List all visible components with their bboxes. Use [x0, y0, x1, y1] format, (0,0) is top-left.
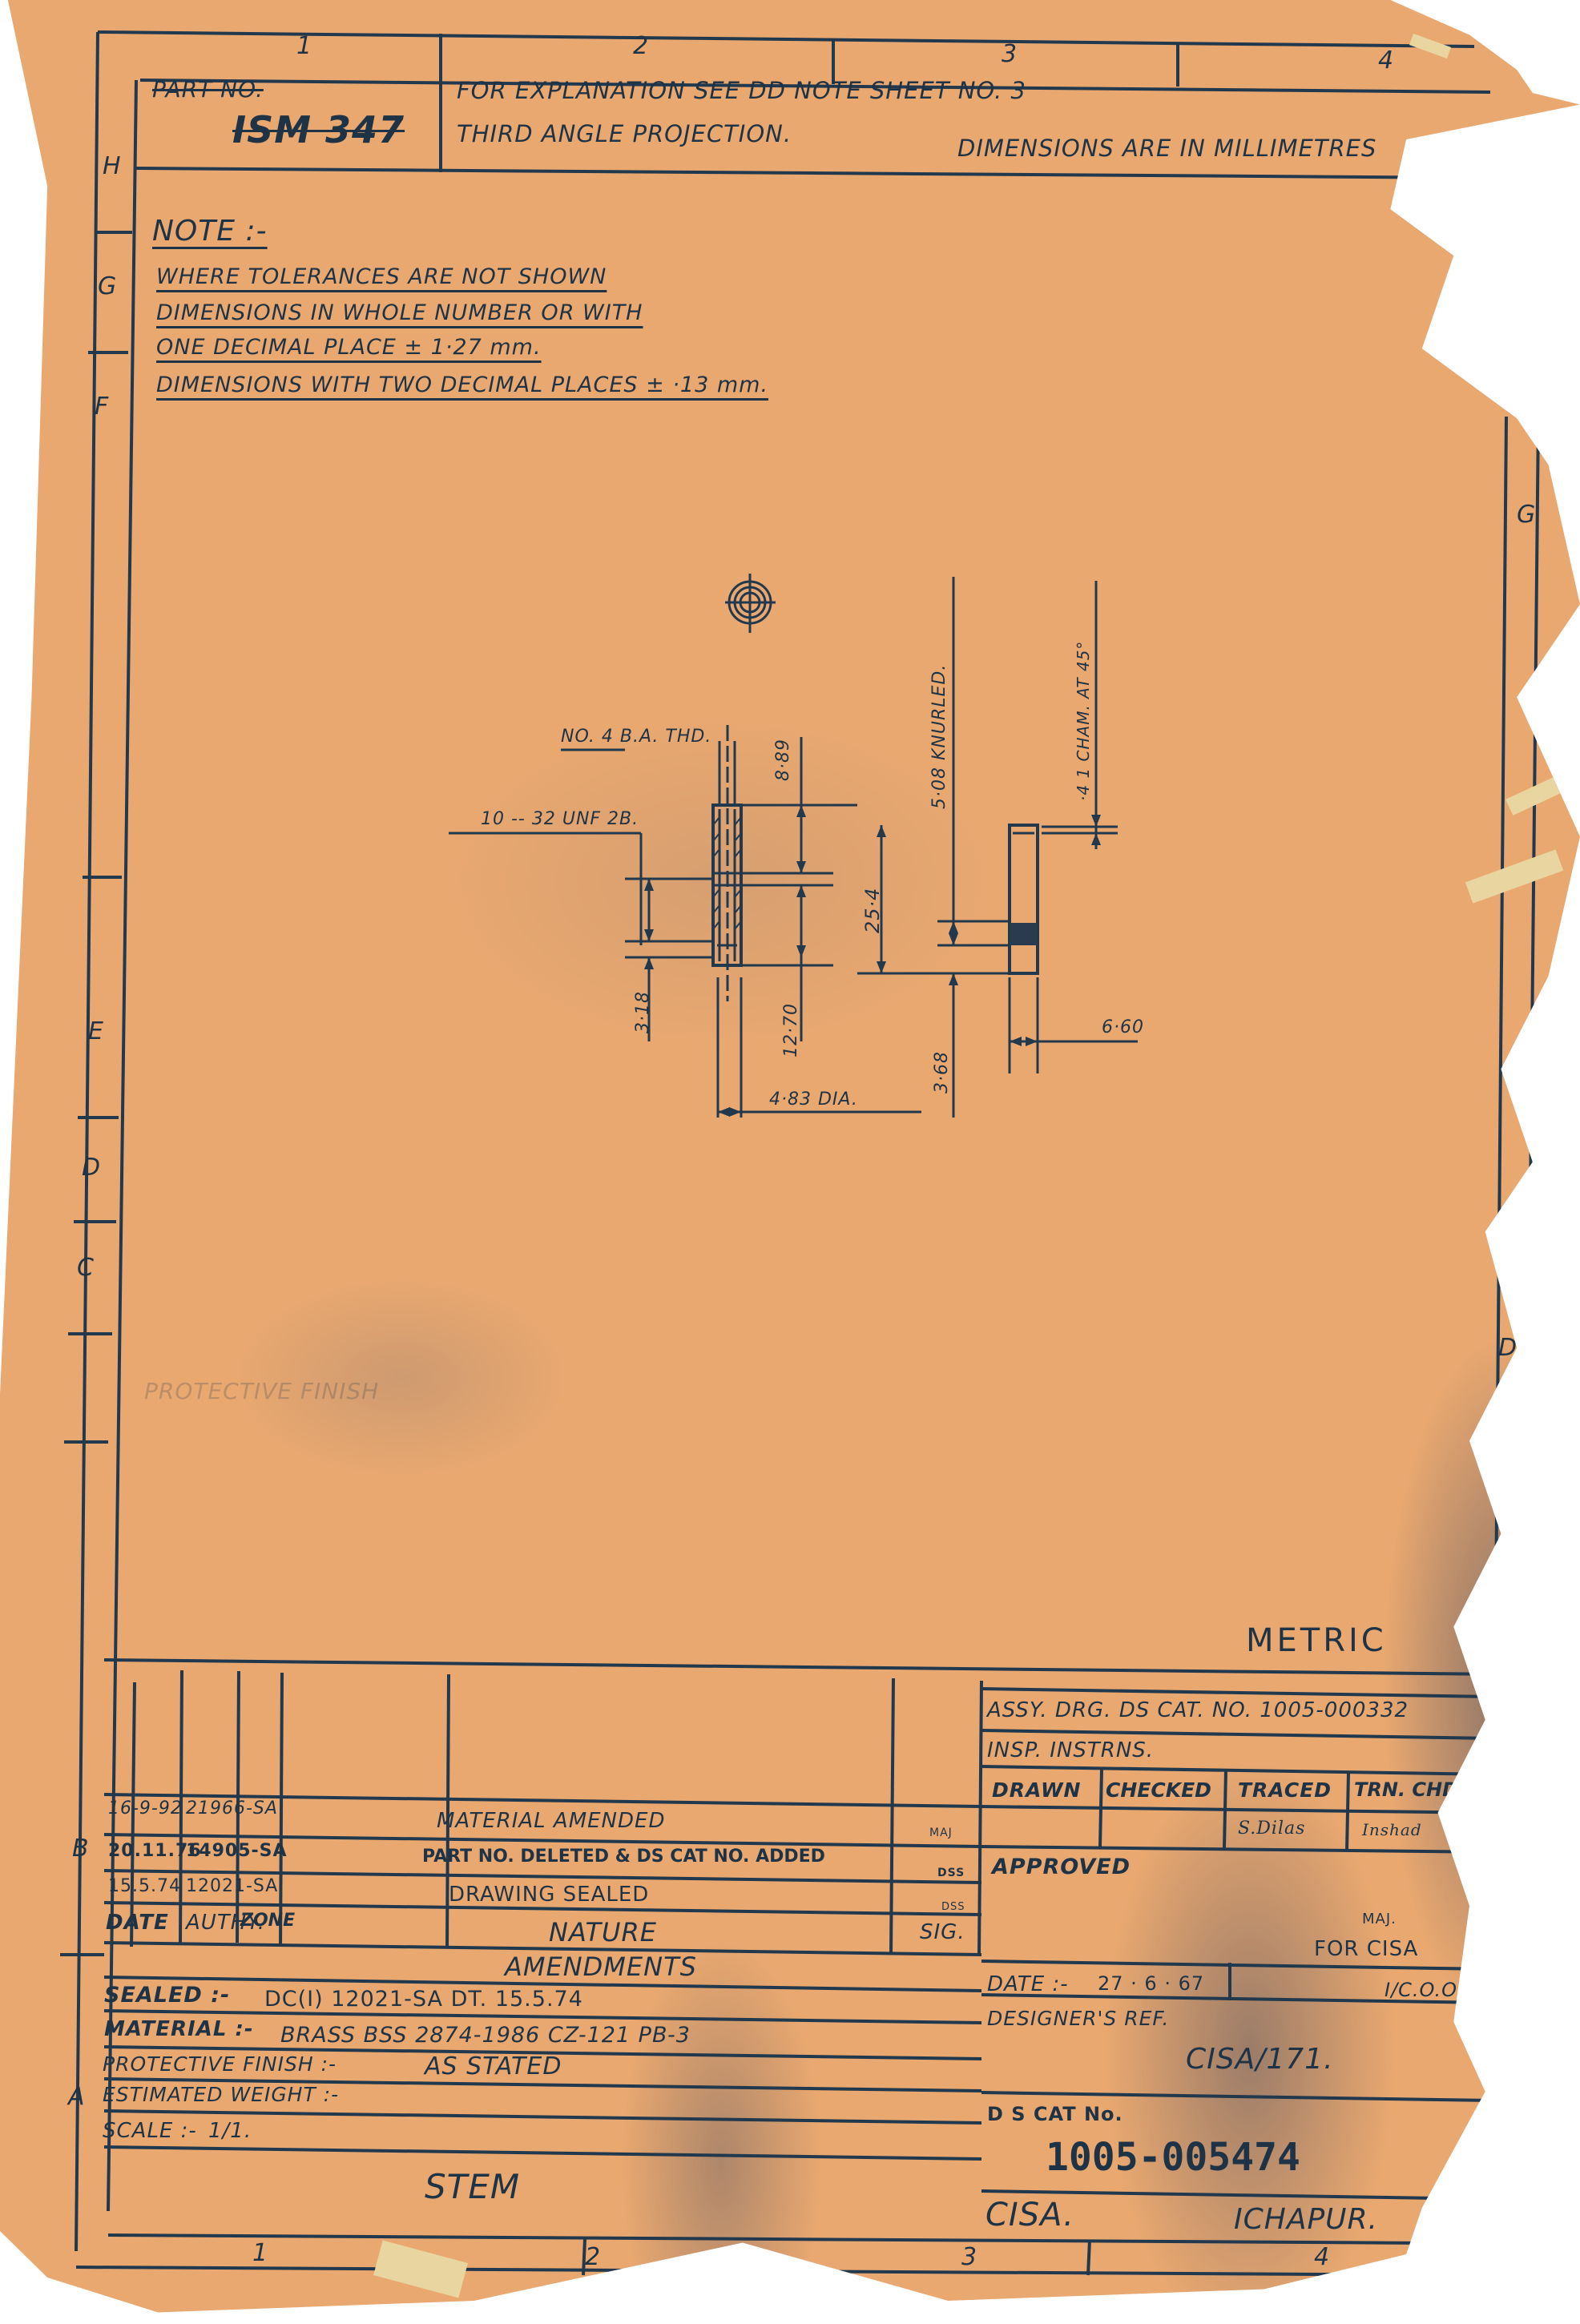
scale-value: 1/1. [208, 2119, 252, 2143]
ds-cat-label: D S CAT No. [987, 2103, 1123, 2125]
zone-row-a: A [68, 2083, 85, 2111]
dim-3-18: 3·18 [633, 991, 653, 1033]
amend-date-1: 16-9-92 [108, 1798, 183, 1819]
zone-row-g-right: G [1517, 501, 1535, 529]
amend-header-zone: ZONE [240, 1911, 295, 1931]
approved-for: FOR CISA [1314, 1937, 1418, 1961]
zone-row-g: G [98, 272, 116, 300]
assy-drg: ASSY. DRG. DS CAT. NO. 1005-000332 [987, 1698, 1409, 1722]
note-line-3: ONE DECIMAL PLACE ± 1·27 mm. [156, 335, 542, 360]
dim-5-08-knurled: 5·08 KNURLED. [929, 664, 949, 809]
amend-nature-3: DRAWING SEALED [449, 1883, 649, 1907]
finish-value: AS STATED [425, 2052, 562, 2080]
tape-repair [1534, 1698, 1555, 1794]
note-line-1: WHERE TOLERANCES ARE NOT SHOWN [156, 264, 607, 289]
trn-chd-signature: Inshad [1362, 1820, 1422, 1839]
zone-row-b-right: B [1489, 1871, 1505, 1899]
amend-nature-2: PART NO. DELETED & DS CAT NO. ADDED [422, 1847, 825, 1867]
zone-row-c: C [77, 1254, 94, 1282]
part-no-label: PART NO. [152, 76, 264, 103]
dim-4-83-dia: 4·83 DIA. [769, 1090, 858, 1110]
zone-row-h: H [103, 152, 121, 180]
ds-cat-value: 1005-005474 [1046, 2135, 1300, 2180]
checked-label: CHECKED [1106, 1778, 1211, 1802]
org-name: CISA. [985, 2197, 1074, 2233]
material-value: BRASS BSS 2874-1986 CZ-121 PB-3 [280, 2023, 691, 2048]
zone-col-3-bottom: 3 [961, 2243, 977, 2271]
date-value: 27 · 6 · 67 [1098, 1972, 1204, 1995]
dim-8-89: 8·89 [773, 739, 793, 781]
weight-label: ESTIMATED WEIGHT :- [103, 2083, 339, 2106]
zone-row-h-right: H [1514, 128, 1533, 156]
tape-repair [1517, 1594, 1536, 1682]
zone-row-c-right: C [1492, 1614, 1509, 1642]
zone-col-2: 2 [633, 32, 648, 60]
callout-4ba-thread: NO. 4 B.A. THD. [561, 727, 711, 747]
ico-label: I/C.O.O. [1385, 1979, 1464, 2001]
dim-12-70: 12·70 [781, 1003, 801, 1057]
traced-label: TRACED [1238, 1778, 1332, 1802]
drawn-label: DRAWN [992, 1778, 1081, 1802]
note-title: NOTE :- [152, 215, 268, 248]
amend-header-date: DATE [106, 1911, 169, 1935]
drawing-sheet: 1 2 3 4 1 2 3 4 H G F E D C B A H G E D … [0, 0, 1580, 2324]
zone-col-3: 3 [1002, 40, 1017, 68]
zone-row-d: D [82, 1154, 100, 1182]
approved-label: APPROVED [992, 1855, 1131, 1879]
date-label: DATE :- [987, 1972, 1069, 1996]
amend-date-3: 15.5.74 [108, 1876, 181, 1896]
zone-row-e-right: E [1508, 1065, 1523, 1094]
callout-unf-thread: 10 -- 32 UNF 2B. [481, 809, 639, 829]
trn-chd-label: TRN. CHD. [1354, 1778, 1465, 1801]
amend-header-sig: SIG. [920, 1920, 965, 1944]
material-label: MATERIAL :- [104, 2017, 254, 2041]
explanation-text: FOR EXPLANATION SEE DD NOTE SHEET NO. 3 [457, 77, 1026, 104]
amend-nature-1: MATERIAL AMENDED [437, 1809, 665, 1833]
note-line-4: DIMENSIONS WITH TWO DECIMAL PLACES ± ·13… [156, 373, 768, 397]
approved-rank: MAJ. [1362, 1911, 1397, 1927]
zone-col-1: 1 [296, 32, 312, 60]
zone-row-e: E [88, 1017, 103, 1045]
amend-sig-3: DSS [941, 1901, 965, 1913]
metric-label: METRIC [1246, 1622, 1387, 1659]
amend-header-nature: NATURE [549, 1917, 657, 1947]
zone-row-f: F [95, 393, 108, 421]
zone-col-2-bottom: 2 [585, 2243, 600, 2271]
insp-instrns: INSP. INSTRNS. [987, 1738, 1154, 1762]
designer-ref-value: CISA/171. [1186, 2043, 1334, 2076]
zone-row-b: B [72, 1835, 89, 1863]
dim-chamfer: ·4 1 CHAM. AT 45° [1074, 641, 1093, 801]
finish-label: PROTECTIVE FINISH :- [103, 2052, 337, 2076]
designer-ref-label: DESIGNER'S REF. [987, 2007, 1170, 2030]
zone-col-4: 4 [1378, 46, 1393, 75]
amend-sig-2: DSS [937, 1867, 965, 1879]
part-title: STEM [425, 2167, 520, 2206]
zone-col-1-bottom: 1 [252, 2239, 268, 2267]
amend-sig-1: MAJ [929, 1827, 953, 1839]
amend-authy-3: 12021-SA [186, 1876, 278, 1896]
scale-label: SCALE :- [103, 2119, 197, 2143]
units-text: DIMENSIONS ARE IN MILLIMETRES [957, 135, 1376, 162]
sealed-label: SEALED :- [104, 1983, 230, 2008]
faded-text: PROTECTIVE FINISH [144, 1378, 379, 1404]
dim-6-60: 6·60 [1102, 1017, 1144, 1037]
dim-3-68: 3·68 [932, 1051, 952, 1094]
note-line-2: DIMENSIONS IN WHOLE NUMBER OR WITH [156, 300, 643, 325]
zone-row-d-right: D [1498, 1334, 1517, 1362]
part-no-value: ISM 347 [232, 108, 405, 151]
dim-25-4: 25·4 [861, 888, 884, 933]
place-name: ICHAPUR. [1234, 2203, 1378, 2236]
amend-authy-1: 21966-SA [186, 1798, 278, 1819]
amendments-title: AMENDMENTS [505, 1951, 697, 1982]
traced-signature: S.Dilas [1238, 1819, 1305, 1839]
zone-col-4-bottom: 4 [1314, 2243, 1329, 2271]
sealed-value: DC(I) 12021-SA DT. 15.5.74 [264, 1987, 583, 2012]
amend-authy-2: 14905-SA [186, 1841, 288, 1861]
projection-text: THIRD ANGLE PROJECTION. [457, 120, 792, 147]
